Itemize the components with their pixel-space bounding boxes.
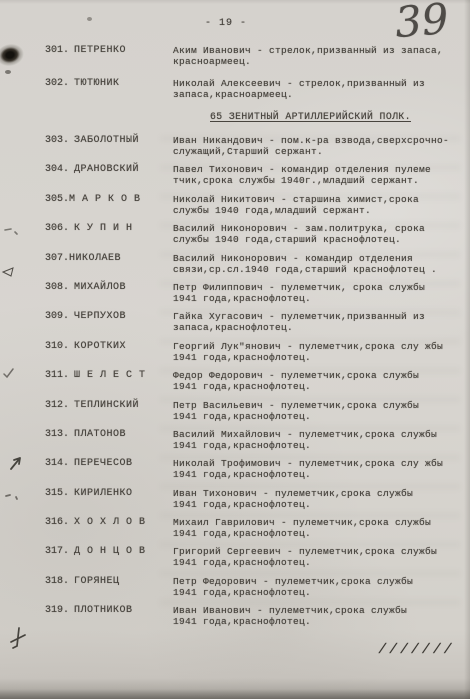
roster-entry: 303.ЗАБОЛОТНЫЙИван Никандович - пом.к-ра… (45, 135, 456, 157)
roster-entry: 317.Д О Н Ц О ВГригорий Сергеевич - пуле… (45, 546, 456, 568)
entry-description-line: службы 1940 года,старший краснофлотец. (173, 234, 456, 245)
entry-number: 304. (45, 164, 69, 175)
entry-description-line: запаса,краснофлотец. (173, 322, 456, 333)
entry-description-line: Григорий Сергеевич - пулеметчик,срока сл… (173, 546, 456, 557)
entry-description: Аким Иванович - стрелок,призванный из за… (173, 45, 456, 67)
entry-number-and-surname: 301.ПЕТРЕНКО (45, 45, 173, 56)
entry-number: 302. (45, 78, 69, 89)
entry-description-line: Николай Алексеевич - стрелок,призванный … (173, 78, 456, 89)
roster-list: 301.ПЕТРЕНКОАким Иванович - стрелок,приз… (0, 0, 470, 627)
entry-description-line: Иван Тихонович - пулеметчик,срока службы (173, 488, 456, 499)
entry-number: 317. (45, 546, 69, 557)
entry-description-line: Василий Никонорович - зам.политрука, сро… (173, 223, 456, 234)
entry-description: Петр Филиппович - пулеметчик, срока служ… (173, 282, 456, 304)
entry-number: 312. (45, 400, 69, 411)
entry-number: 305. (45, 194, 69, 205)
entry-description: Николай Алексеевич - стрелок,призванный … (173, 78, 456, 100)
entry-number: 313. (45, 429, 69, 440)
entry-description-line: Николай Никитович - старшина химист,срок… (173, 194, 456, 205)
entry-description: Григорий Сергеевич - пулеметчик,срока сл… (173, 546, 456, 568)
entry-description: Федор Федорович - пулеметчик,срока служб… (173, 370, 456, 392)
entry-number: 308. (45, 282, 69, 293)
entry-description-line: Николай Трофимович - пулеметчик,срока сл… (173, 458, 456, 469)
entry-number: 306. (45, 223, 69, 234)
regiment-section-header: 65 ЗЕНИТНЫЙ АРТИЛЛЕРИЙСКИЙ ПОЛК. (210, 111, 456, 122)
entry-surname: ТЕПЛИНСКИЙ (74, 400, 139, 411)
entry-surname: ПЛАТОНОВ (74, 429, 126, 440)
roster-entry: 305.М А Р К О ВНиколай Никитович - старш… (45, 194, 456, 216)
entry-description-line: 1941 года,краснофлотец. (173, 293, 456, 304)
entry-number: 315. (45, 488, 69, 499)
entry-description-line: Петр Федорович - пулеметчик,срока службы (173, 576, 456, 587)
roster-entry: 310.КОРОТКИХГеоргий Лук"янович - пулемет… (45, 341, 456, 363)
entry-description: Петр Федорович - пулеметчик,срока службы… (173, 576, 456, 598)
entry-surname: М А Р К О В (69, 194, 141, 205)
entry-description-line: связи,ср.сл.1940 года,старший краснофлот… (173, 264, 456, 275)
entry-description: Иван Никандович - пом.к-ра взвода,сверхс… (173, 135, 456, 157)
roster-entry: 314.ПЕРЕЧЕСОВНиколай Трофимович - пулеме… (45, 458, 456, 480)
entry-description-line: 1941 года,краснофлотец. (173, 411, 456, 422)
roster-entry: 304.ДРАНОВСКИЙПавел Тихонович - командир… (45, 164, 456, 186)
entry-description-line: 1941 года,краснофлотец. (173, 587, 456, 598)
entry-number-and-surname: 310.КОРОТКИХ (45, 341, 173, 352)
roster-entries-before-header: 301.ПЕТРЕНКОАким Иванович - стрелок,приз… (45, 45, 456, 100)
entry-surname: НИКОЛАЕВ (69, 253, 121, 264)
entry-description-line: 1941 года,краснофлотец. (173, 381, 456, 392)
entry-number-and-surname: 303.ЗАБОЛОТНЫЙ (45, 135, 173, 146)
entry-number: 307. (45, 253, 69, 264)
entry-number: 316. (45, 517, 69, 528)
entry-number: 314. (45, 458, 69, 469)
entry-description: Петр Васильевич - пулеметчик,срока служб… (173, 400, 456, 422)
entry-number-and-surname: 313.ПЛАТОНОВ (45, 429, 173, 440)
entry-description-line: 1941 года,краснофлотец. (173, 440, 456, 451)
entry-description-line: Петр Филиппович - пулеметчик, срока служ… (173, 282, 456, 293)
entry-surname: ЗАБОЛОТНЫЙ (74, 135, 139, 146)
roster-entries-after-header: 303.ЗАБОЛОТНЫЙИван Никандович - пом.к-ра… (45, 135, 456, 627)
entry-description: Николай Никитович - старшина химист,срок… (173, 194, 456, 216)
entry-description: Павел Тихонович - командир отделения пул… (173, 164, 456, 186)
entry-description-line: Василий Никонорович - командир отделения (173, 253, 456, 264)
entry-surname: Ш Е Л Е С Т (74, 370, 146, 381)
entry-description-line: Петр Васильевич - пулеметчик,срока служб… (173, 400, 456, 411)
entry-description-line: 1941 года,краснофлотец. (173, 469, 456, 480)
entry-number-and-surname: 311.Ш Е Л Е С Т (45, 370, 173, 381)
scan-edge-shadow-right (464, 0, 470, 699)
entry-number-and-surname: 304.ДРАНОВСКИЙ (45, 164, 173, 175)
entry-surname: Х О Х Л О В (74, 517, 146, 528)
roster-entry: 307.НИКОЛАЕВВасилий Никонорович - команд… (45, 253, 456, 275)
page-number: - 19 - (205, 18, 247, 29)
roster-entry: 318.ГОРЯНЕЦПетр Федорович - пулеметчик,с… (45, 576, 456, 598)
entry-description-line: Василий Михайлович - пулеметчик,срока сл… (173, 429, 456, 440)
page-content: - 19 - 39 301.ПЕТРЕНКОАким Иванович - ст… (0, 0, 470, 699)
roster-entry: 312.ТЕПЛИНСКИЙПетр Васильевич - пулеметч… (45, 400, 456, 422)
entry-description-line: службы 1940 года,младший сержант. (173, 205, 456, 216)
roster-entry: 309.ЧЕРПУХОВГайка Хугасович - пулеметчик… (45, 311, 456, 333)
entry-description-line: Аким Иванович - стрелок,призванный из за… (173, 45, 456, 56)
entry-number: 319. (45, 605, 69, 616)
entry-number-and-surname: 316.Х О Х Л О В (45, 517, 173, 528)
entry-number-and-surname: 318.ГОРЯНЕЦ (45, 576, 173, 587)
entry-description: Георгий Лук"янович - пулеметчик,срока сл… (173, 341, 456, 363)
entry-description-line: тчик,срока службы 1940г.,младший сержант… (173, 175, 456, 186)
entry-surname: ТЮТЮНИК (74, 78, 120, 89)
entry-description: Василий Никонорович - зам.политрука, сро… (173, 223, 456, 245)
entry-description-line: Гайка Хугасович - пулеметчик,призванный … (173, 311, 456, 322)
roster-entry: 302.ТЮТЮНИКНиколай Алексеевич - стрелок,… (45, 78, 456, 100)
entry-description-line: Георгий Лук"янович - пулеметчик,срока сл… (173, 341, 456, 352)
roster-entry: 319.ПЛОТНИКОВИван Иванович - пулеметчик,… (45, 605, 456, 627)
entry-description-line: Михаил Гаврилович - пулеметчик,срока слу… (173, 517, 456, 528)
end-of-page-slash-marks: /////// (377, 642, 456, 658)
roster-entry: 301.ПЕТРЕНКОАким Иванович - стрелок,приз… (45, 45, 456, 67)
entry-number: 309. (45, 311, 69, 322)
entry-number-and-surname: 302.ТЮТЮНИК (45, 78, 173, 89)
entry-surname: ПЛОТНИКОВ (74, 605, 133, 616)
entry-number-and-surname: 309.ЧЕРПУХОВ (45, 311, 173, 322)
entry-description-line: 1941 года,краснофлотец. (173, 557, 456, 568)
entry-surname: К У П И Н (74, 223, 133, 234)
entry-number-and-surname: 307.НИКОЛАЕВ (45, 253, 173, 264)
entry-description-line: Федор Федорович - пулеметчик,срока служб… (173, 370, 456, 381)
scanned-document-page: - 19 - 39 301.ПЕТРЕНКОАким Иванович - ст… (0, 0, 470, 699)
entry-description: Михаил Гаврилович - пулеметчик,срока слу… (173, 517, 456, 539)
entry-number-and-surname: 319.ПЛОТНИКОВ (45, 605, 173, 616)
entry-number-and-surname: 315.КИРИЛЕНКО (45, 488, 173, 499)
scan-edge-shadow-bottom (0, 689, 470, 699)
entry-description-line: красноармеец. (173, 56, 456, 67)
entry-number-and-surname: 312.ТЕПЛИНСКИЙ (45, 400, 173, 411)
entry-surname: ПЕРЕЧЕСОВ (74, 458, 133, 469)
entry-surname: МИХАЙЛОВ (74, 282, 126, 293)
entry-number-and-surname: 306.К У П И Н (45, 223, 173, 234)
entry-description: Гайка Хугасович - пулеметчик,призванный … (173, 311, 456, 333)
entry-surname: Д О Н Ц О В (74, 546, 146, 557)
entry-description-line: Иван Никандович - пом.к-ра взвода,сверхс… (173, 135, 456, 146)
entry-number-and-surname: 314.ПЕРЕЧЕСОВ (45, 458, 173, 469)
entry-surname: КОРОТКИХ (74, 341, 126, 352)
entry-description: Николай Трофимович - пулеметчик,срока сл… (173, 458, 456, 480)
entry-description-line: 1941 года,краснофлотец. (173, 499, 456, 510)
entry-number-and-surname: 305.М А Р К О В (45, 194, 173, 205)
entry-description-line: 1941 года,краснофлотец. (173, 528, 456, 539)
entry-description: Василий Никонорович - командир отделения… (173, 253, 456, 275)
entry-description: Василий Михайлович - пулеметчик,срока сл… (173, 429, 456, 451)
entry-description: Иван Иванович - пулеметчик,срока службы1… (173, 605, 456, 627)
entry-number-and-surname: 317.Д О Н Ц О В (45, 546, 173, 557)
roster-entry: 311.Ш Е Л Е С ТФедор Федорович - пулемет… (45, 370, 456, 392)
scan-edge-shadow-top (0, 0, 470, 4)
entry-surname: ПЕТРЕНКО (74, 45, 126, 56)
entry-description-line: Иван Иванович - пулеметчик,срока службы (173, 605, 456, 616)
entry-number-and-surname: 308.МИХАЙЛОВ (45, 282, 173, 293)
roster-entry: 308.МИХАЙЛОВПетр Филиппович - пулеметчик… (45, 282, 456, 304)
entry-number: 301. (45, 45, 69, 56)
entry-surname: ГОРЯНЕЦ (74, 576, 120, 587)
roster-entry: 313.ПЛАТОНОВВасилий Михайлович - пулемет… (45, 429, 456, 451)
entry-number: 310. (45, 341, 69, 352)
entry-description: Иван Тихонович - пулеметчик,срока службы… (173, 488, 456, 510)
entry-description-line: служащий,Старший сержант. (173, 146, 456, 157)
entry-description-line: 1941 года,краснофлотец. (173, 616, 456, 627)
roster-entry: 306.К У П И НВасилий Никонорович - зам.п… (45, 223, 456, 245)
entry-description-line: Павел Тихонович - командир отделения пул… (173, 164, 456, 175)
entry-surname: ЧЕРПУХОВ (74, 311, 126, 322)
handwritten-page-number: 39 (393, 0, 450, 44)
entry-surname: ДРАНОВСКИЙ (74, 164, 139, 175)
entry-description-line: 1941 года,краснофлотец. (173, 352, 456, 363)
entry-description-line: запаса,красноармеец. (173, 89, 456, 100)
entry-surname: КИРИЛЕНКО (74, 488, 133, 499)
entry-number: 318. (45, 576, 69, 587)
roster-entry: 315.КИРИЛЕНКОИван Тихонович - пулеметчик… (45, 488, 456, 510)
entry-number: 311. (45, 370, 69, 381)
roster-entry: 316.Х О Х Л О ВМихаил Гаврилович - пулем… (45, 517, 456, 539)
entry-number: 303. (45, 135, 69, 146)
